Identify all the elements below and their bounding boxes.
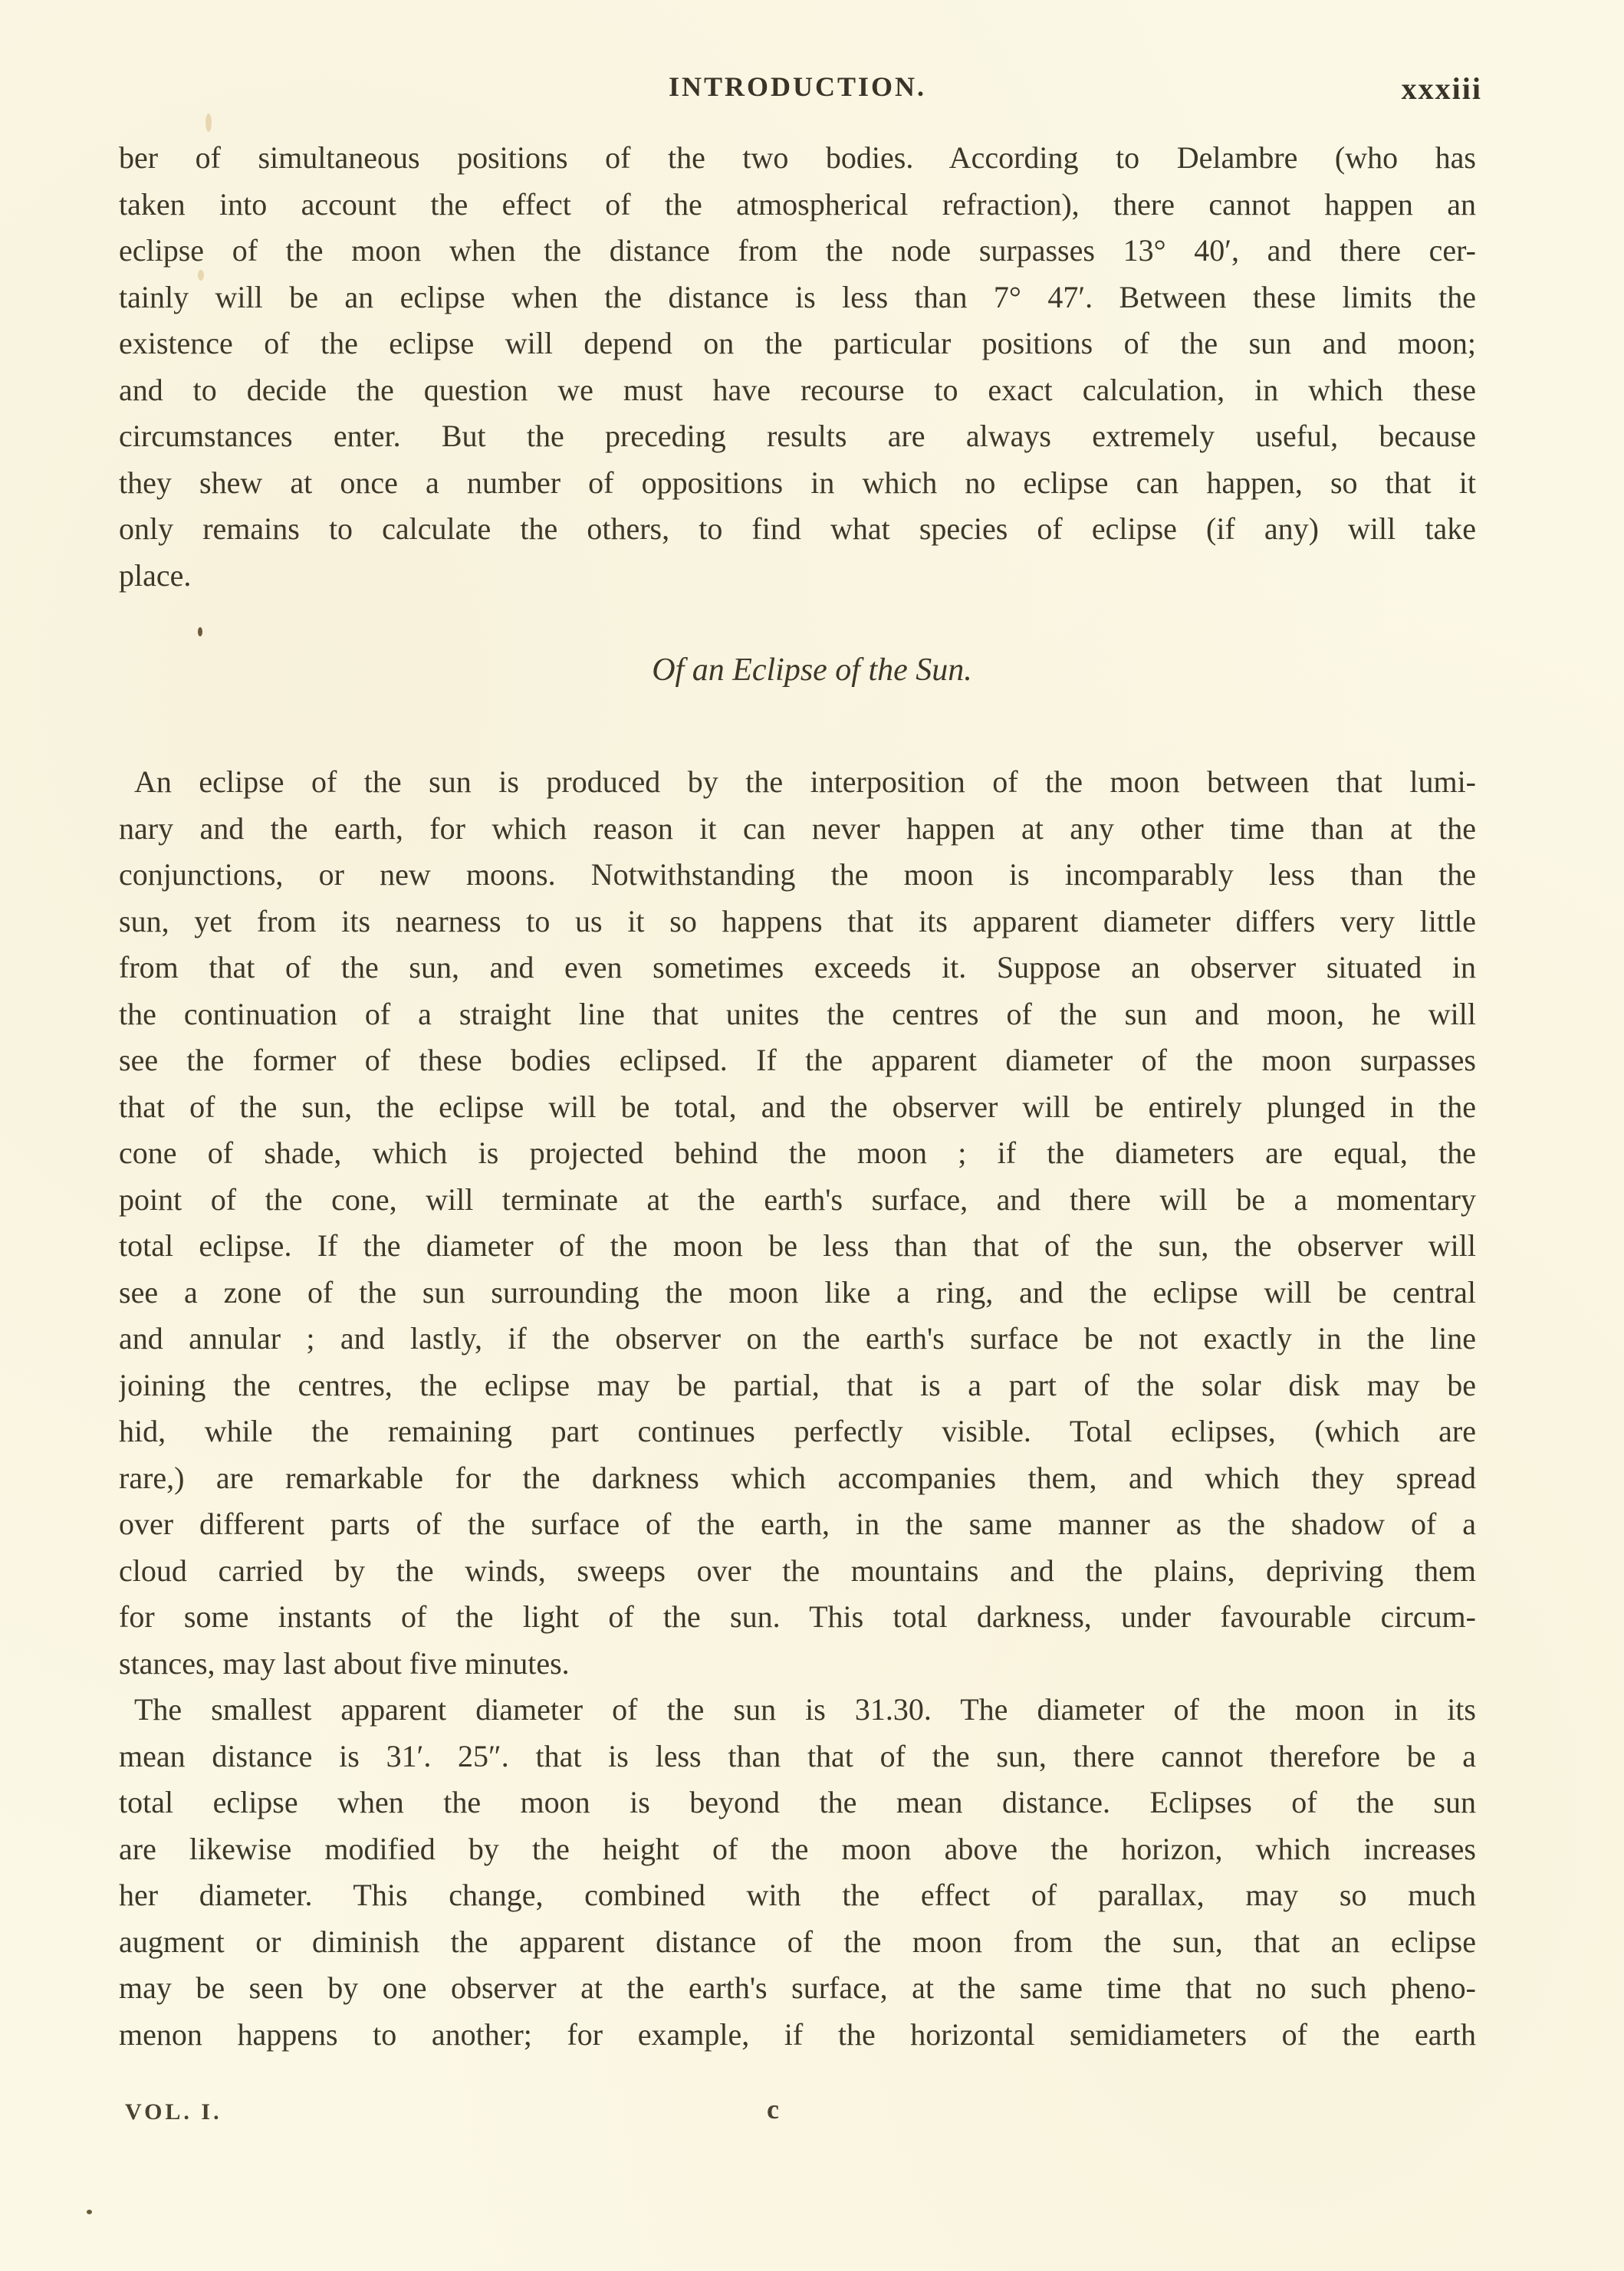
text-line: augment or diminish the apparent distanc… (119, 1919, 1476, 1966)
text-line: total eclipse. If the diameter of the mo… (119, 1223, 1476, 1270)
text-line: mean distance is 31′. 25″. that is less … (119, 1734, 1476, 1780)
text-line: the continuation of a straight line that… (119, 991, 1476, 1038)
text-line: total eclipse when the moon is beyond th… (119, 1780, 1476, 1826)
text-line: conjunctions, or new moons. Notwithstand… (119, 852, 1476, 899)
volume-marker: VOL. I. (125, 2099, 222, 2125)
ink-speck (87, 2210, 92, 2214)
text-line: taken into account the effect of the atm… (119, 182, 1476, 228)
signature-mark: c (767, 2093, 779, 2125)
text-line: only remains to calculate the others, to… (119, 506, 1476, 553)
text-line: menon happens to another; for example, i… (119, 2012, 1476, 2059)
text-line: they shew at once a number of opposition… (119, 460, 1476, 507)
section-heading: Of an Eclipse of the Sun. (0, 652, 1624, 689)
text-line: see the former of these bodies eclipsed.… (119, 1037, 1476, 1084)
text-line: over different parts of the surface of t… (119, 1501, 1476, 1548)
text-line: cone of shade, which is projected behind… (119, 1130, 1476, 1177)
paragraph-eclipse-of-sun: An eclipse of the sun is produced by the… (119, 759, 1476, 2058)
text-line: and to decide the question we must have … (119, 367, 1476, 414)
text-line: may be seen by one observer at the earth… (119, 1965, 1476, 2012)
paragraph-continuation: ber of simultaneous positions of the two… (119, 135, 1476, 599)
text-line: stances, may last about five minutes. (119, 1641, 1476, 1688)
text-line: The smallest apparent diameter of the su… (119, 1687, 1476, 1734)
text-line: point of the cone, will terminate at the… (119, 1177, 1476, 1224)
text-line: An eclipse of the sun is produced by the… (119, 759, 1476, 806)
text-line: cloud carried by the winds, sweeps over … (119, 1548, 1476, 1595)
text-line: from that of the sun, and even sometimes… (119, 945, 1476, 991)
page-number: xxxiii (1402, 71, 1482, 107)
text-line: see a zone of the sun surrounding the mo… (119, 1270, 1476, 1316)
text-line: place. (119, 553, 1476, 600)
text-line: existence of the eclipse will depend on … (119, 320, 1476, 367)
book-page: INTRODUCTION. xxxiii ber of simultaneous… (0, 0, 1624, 2271)
text-line: ber of simultaneous positions of the two… (119, 135, 1476, 182)
text-line: eclipse of the moon when the distance fr… (119, 228, 1476, 274)
text-line: are likewise modified by the height of t… (119, 1826, 1476, 1873)
text-line: joining the centres, the eclipse may be … (119, 1362, 1476, 1409)
running-head: INTRODUCTION. xxxiii (119, 71, 1476, 109)
ink-speck (198, 627, 202, 636)
text-line: and annular ; and lastly, if the observe… (119, 1316, 1476, 1362)
text-line: hid, while the remaining part continues … (119, 1408, 1476, 1455)
text-line: that of the sun, the eclipse will be tot… (119, 1084, 1476, 1131)
text-line: rare,) are remarkable for the darkness w… (119, 1455, 1476, 1502)
running-title: INTRODUCTION. (119, 71, 1476, 103)
text-line: nary and the earth, for which reason it … (119, 806, 1476, 853)
foxing-stain (205, 113, 212, 132)
text-line: tainly will be an eclipse when the dista… (119, 274, 1476, 321)
text-line: for some instants of the light of the su… (119, 1594, 1476, 1641)
foxing-stain (198, 270, 204, 281)
text-line: sun, yet from its nearness to us it so h… (119, 899, 1476, 945)
text-line: circumstances enter. But the preceding r… (119, 413, 1476, 460)
text-line: her diameter. This change, combined with… (119, 1872, 1476, 1919)
